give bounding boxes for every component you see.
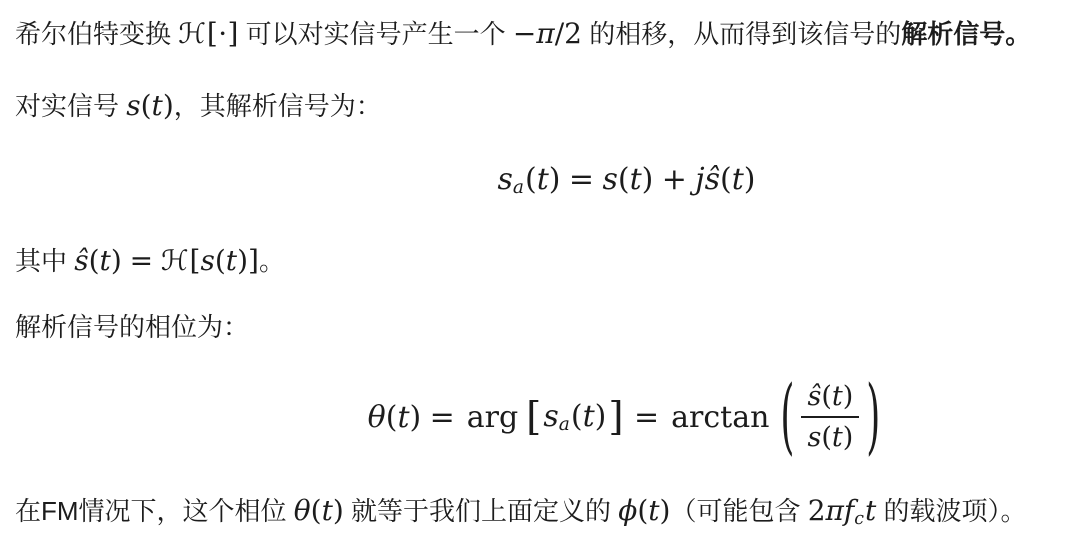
text-run: 对实信号 bbox=[15, 91, 126, 121]
left-bracket: [ bbox=[526, 395, 541, 440]
text-run: （可能包含 bbox=[670, 496, 807, 526]
paragraph-fm-conclusion: 在FM情况下，这个相位 θ(t) 就等于我们上面定义的 ϕ(t)（可能包含 2π… bbox=[15, 493, 1060, 537]
text-run: 就等于我们上面定义的 bbox=[344, 496, 618, 526]
display-formula-phase: θ(t)=arg [ sa(t) ] =arctan ( ŝ(t) s(t) ) bbox=[15, 381, 1060, 453]
paragraph-where-shat: 其中 ŝ(t)=ℋ[s(t)]。 bbox=[15, 243, 1060, 279]
display-formula-analytic-signal: sa(t)=s(t)+jŝ(t) bbox=[15, 158, 1060, 210]
text-run: 的相移，从而得到该信号的 bbox=[582, 19, 901, 49]
fraction-numerator: ŝ(t) bbox=[801, 381, 859, 418]
text-run: 。 bbox=[259, 246, 285, 276]
text-run: 可以对实信号产生一个 bbox=[238, 19, 512, 49]
bold-analytic-signal: 解析信号。 bbox=[901, 19, 1031, 49]
document: 希尔伯特变换 ℋ[⋅] 可以对实信号产生一个 −π/2 的相移，从而得到该信号的… bbox=[0, 0, 1080, 540]
paragraph-hilbert-intro: 希尔伯特变换 ℋ[⋅] 可以对实信号产生一个 −π/2 的相移，从而得到该信号的… bbox=[15, 16, 1060, 52]
right-paren: ) bbox=[866, 370, 880, 464]
math-theta-arctan-row: θ(t)=arg [ sa(t) ] =arctan ( ŝ(t) s(t) ) bbox=[368, 381, 886, 453]
fraction-denominator: s(t) bbox=[801, 418, 859, 453]
paragraph-phase-intro: 解析信号的相位为： bbox=[15, 310, 1060, 345]
text-run: ，其解析信号为： bbox=[174, 91, 382, 121]
math-minus-pi-over-2: −π/2 bbox=[513, 18, 582, 49]
math-sa-of-t: sa(t) bbox=[543, 399, 606, 435]
text-run: 在FM情况下，这个相位 bbox=[15, 496, 294, 526]
math-shat-hilbert: ŝ(t)=ℋ[s(t)] bbox=[74, 245, 259, 276]
math-hilbert-operator: ℋ[⋅] bbox=[178, 18, 238, 49]
math-theta-arg: θ(t)=arg bbox=[368, 400, 525, 435]
text-run: 的载波项）。 bbox=[876, 496, 1026, 526]
left-paren: ( bbox=[780, 370, 794, 464]
fraction: ŝ(t) s(t) bbox=[801, 381, 859, 453]
math-s-of-t: s(t) bbox=[126, 90, 174, 121]
text-run: 解析信号的相位为： bbox=[15, 312, 249, 342]
math-phi-of-t: ϕ(t) bbox=[618, 495, 670, 526]
math-equals-arctan: =arctan bbox=[626, 400, 776, 435]
math-theta-of-t: θ(t) bbox=[294, 495, 344, 526]
math-carrier-term: 2πfct bbox=[808, 495, 877, 526]
text-run: 希尔伯特变换 bbox=[15, 19, 178, 49]
right-bracket: ] bbox=[608, 395, 623, 440]
math-sa-equals-s-plus-j-shat: sa(t)=s(t)+jŝ(t) bbox=[498, 158, 756, 210]
paragraph-real-signal: 对实信号 s(t)，其解析信号为： bbox=[15, 88, 1060, 124]
text-run: 其中 bbox=[15, 246, 74, 276]
